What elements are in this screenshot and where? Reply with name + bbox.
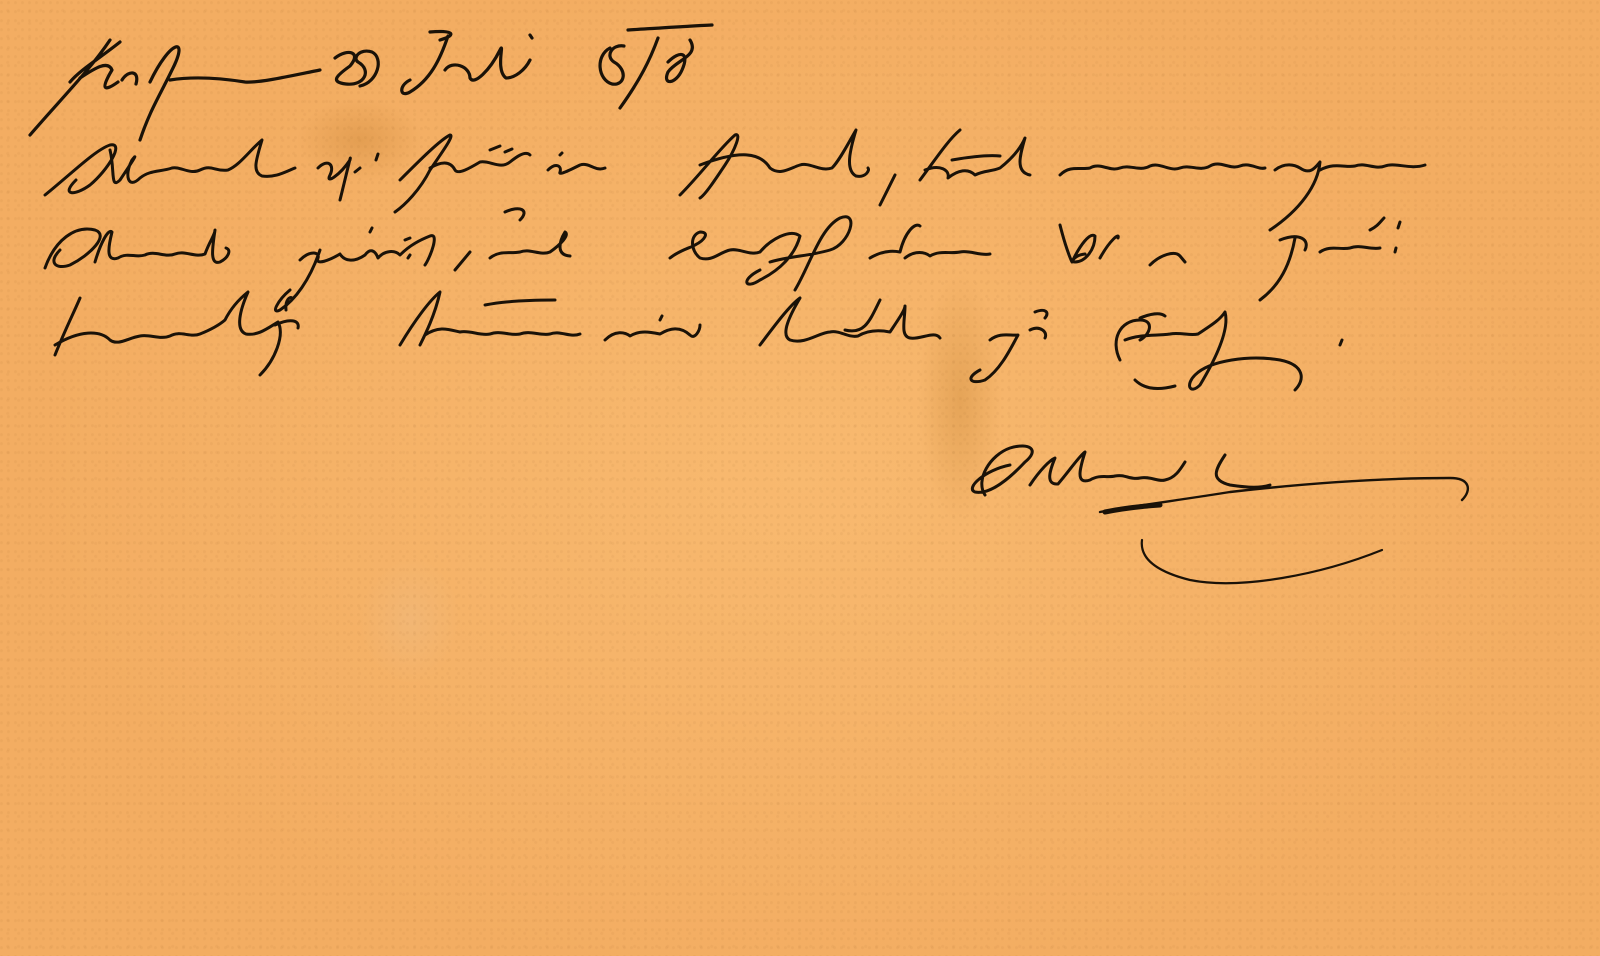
body-line-1-handwriting [45,130,1425,230]
postcard: Hilsen 28 Juli 878 Albrecht ist heute in… [0,0,1600,956]
signature-handwriting [972,446,1468,583]
handwriting [0,0,1600,956]
body-line-2-handwriting [45,209,1400,311]
place-date-handwriting [30,25,712,140]
body-line-3-handwriting [55,292,1342,390]
